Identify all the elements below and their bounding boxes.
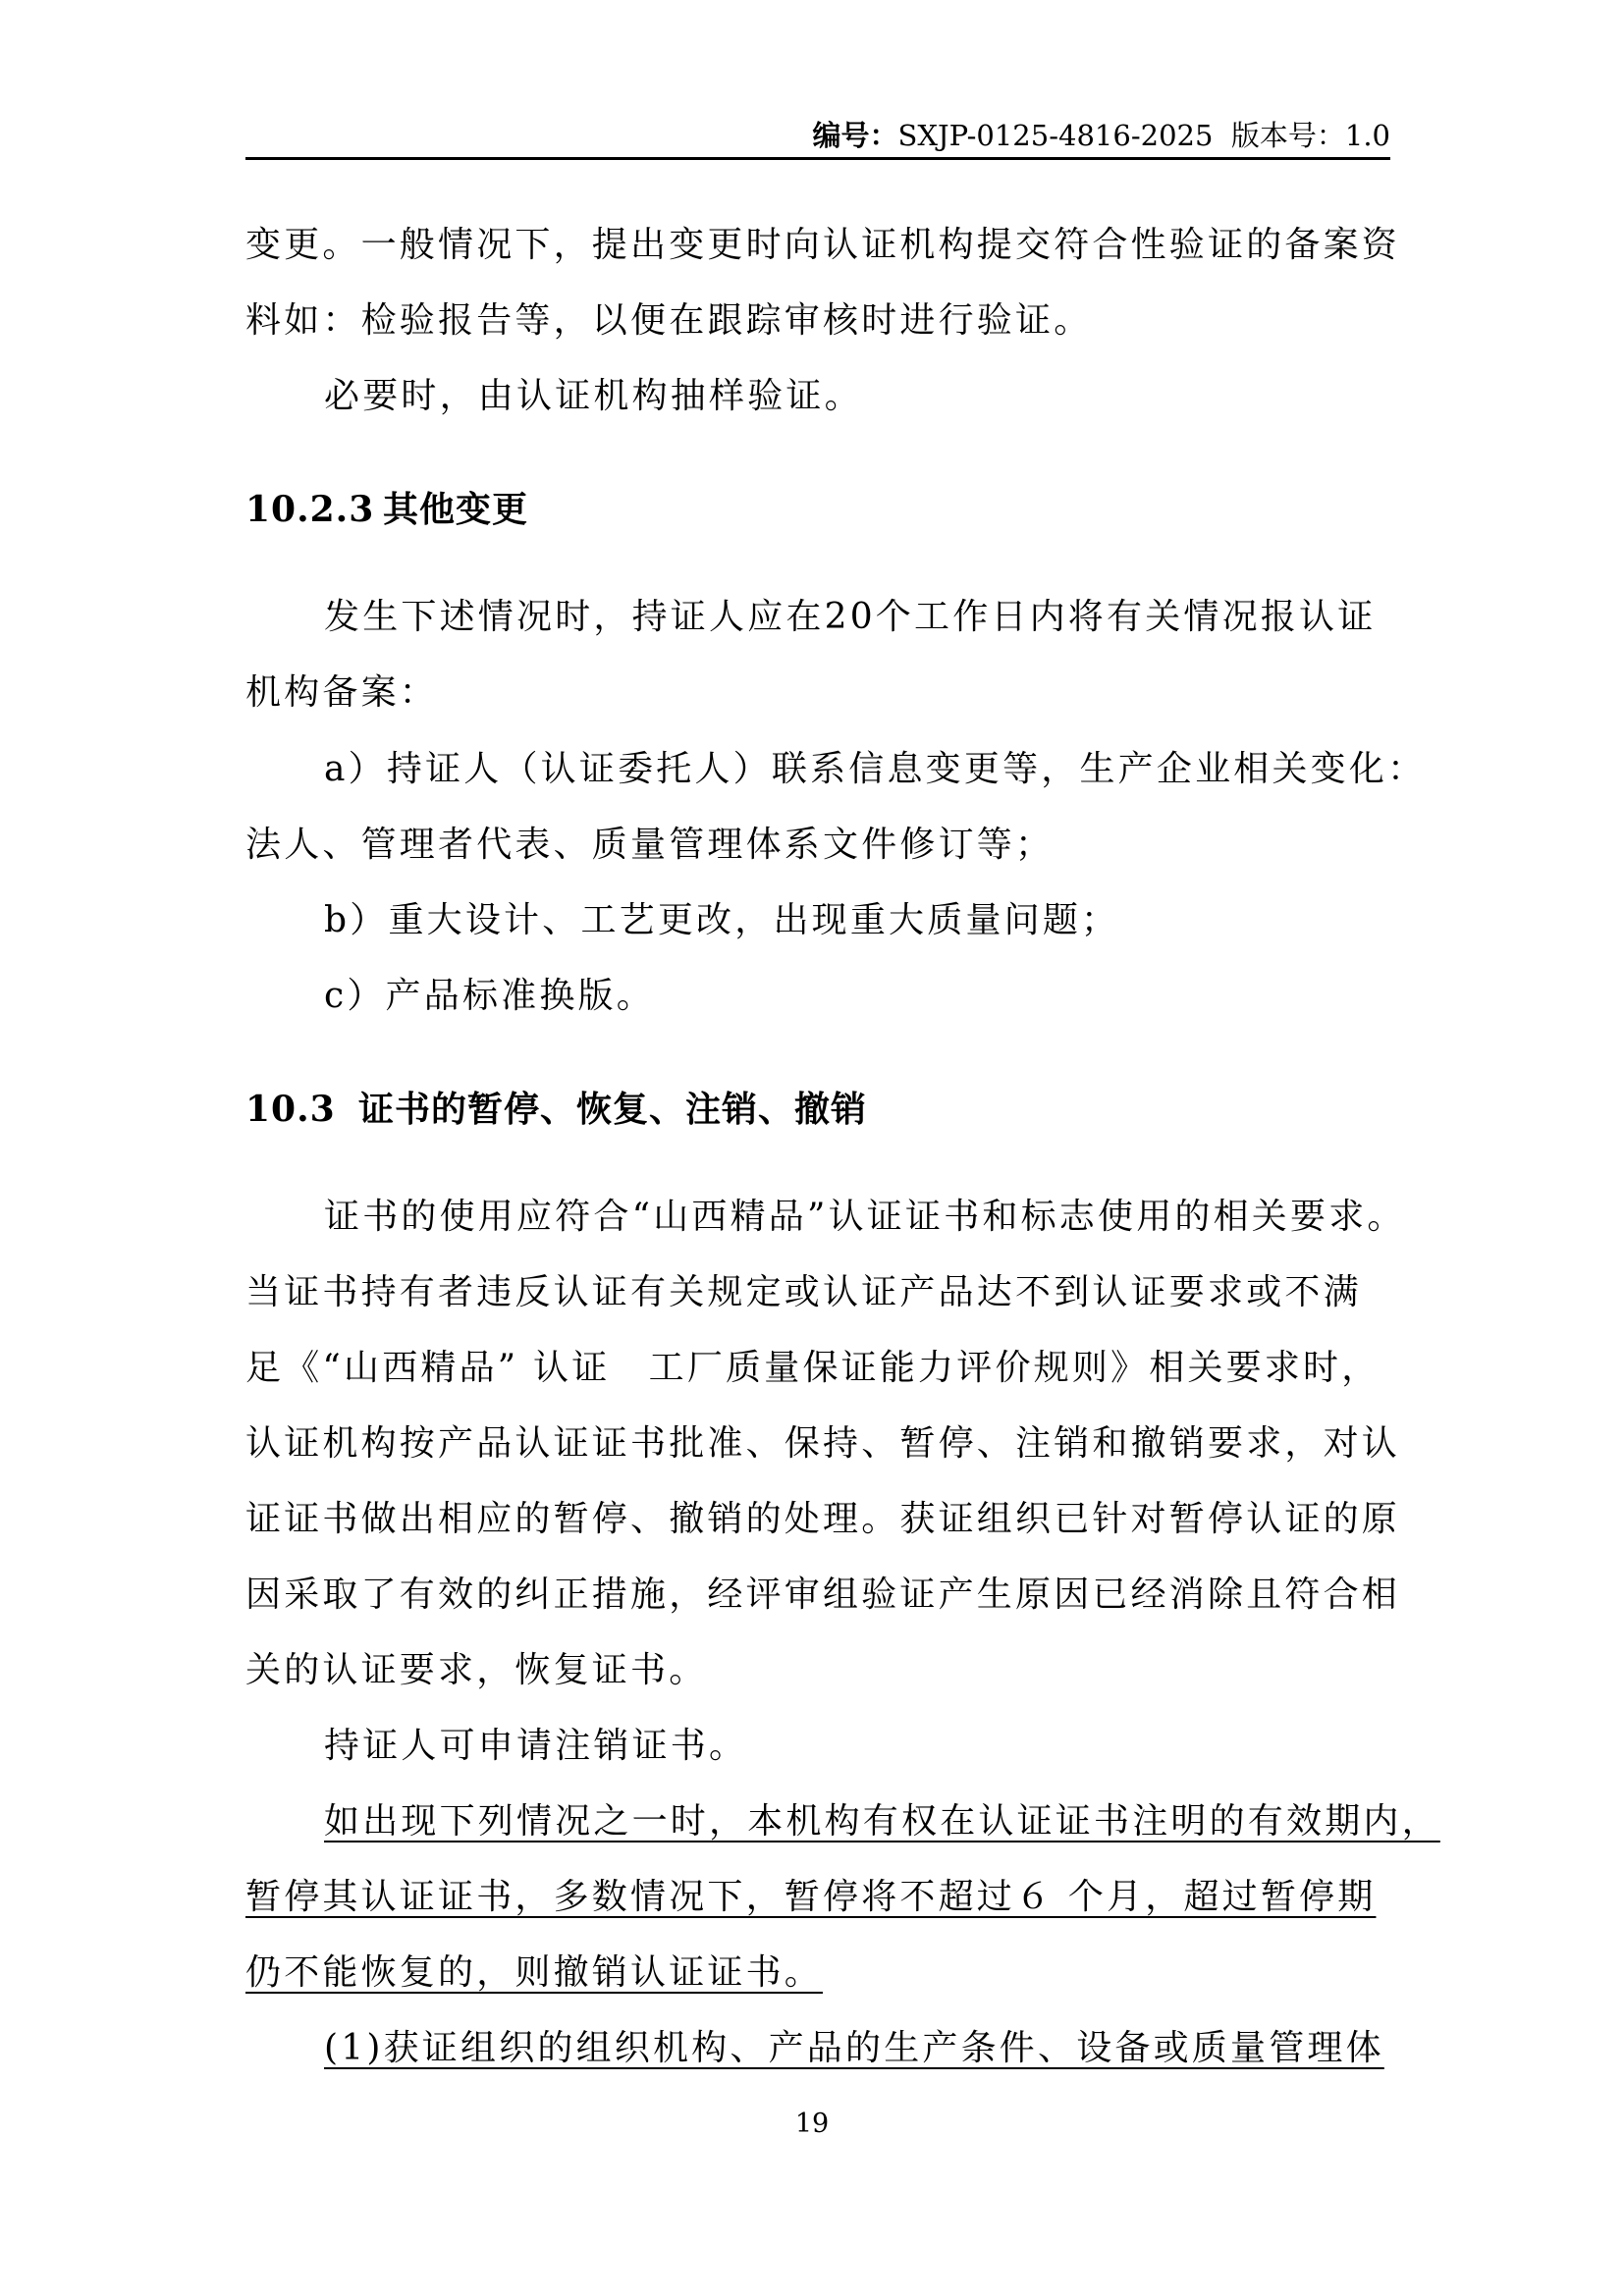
section-heading-10-3: 10.3证书的暂停、恢复、注销、撤销 xyxy=(245,1086,1390,1133)
section-heading-10-2-3: 10.2.3其他变更 xyxy=(245,486,1390,533)
code-label: 编号： xyxy=(813,119,898,152)
underlined-text: 仍不能恢复的，则撤销认证证书。 xyxy=(245,1952,823,1993)
document-header: 编号：SXJP-0125-4816-2025 版本号：1.0 xyxy=(245,116,1390,159)
underlined-text: (1)获证组织的组织机构、产品的生产条件、设备或质量管理体 xyxy=(324,2028,1384,2068)
paragraph-line: 发生下述情况时，持证人应在20个工作日内将有关情况报认证 xyxy=(324,594,1390,641)
list-item-b: b）重大设计、工艺更改，出现重大质量问题； xyxy=(324,897,1390,944)
underlined-paragraph-line: (1)获证组织的组织机构、产品的生产条件、设备或质量管理体 xyxy=(324,2025,1390,2072)
list-item-c: c）产品标准换版。 xyxy=(324,973,1390,1020)
paragraph-line: 当证书持有者违反认证有关规定或认证产品达不到认证要求或不满 xyxy=(245,1269,1390,1316)
paragraph-line: 料如：检验报告等，以便在跟踪审核时进行验证。 xyxy=(245,297,1390,345)
underlined-text: 暂停其认证证书，多数情况下，暂停将不超过６ 个月，超过暂停期 xyxy=(245,1877,1376,1917)
section-title: 证书的暂停、恢复、注销、撤销 xyxy=(358,1089,867,1130)
header-divider xyxy=(245,157,1390,160)
paragraph-line: 足《“山西精品” 认证 工厂质量保证能力评价规则》相关要求时， xyxy=(245,1345,1390,1392)
underlined-paragraph-line: 仍不能恢复的，则撤销认证证书。 xyxy=(245,1949,1390,1997)
underlined-paragraph-line: 如出现下列情况之一时，本机构有权在认证证书注明的有效期内， xyxy=(324,1798,1390,1845)
paragraph-line: 关的认证要求，恢复证书。 xyxy=(245,1647,1390,1694)
paragraph-line: 证书的使用应符合“山西精品”认证证书和标志使用的相关要求。 xyxy=(324,1194,1390,1241)
paragraph-line: 变更。一般情况下，提出变更时向认证机构提交符合性验证的备案资 xyxy=(245,222,1390,269)
paragraph-line: 因采取了有效的纠正措施，经评审组验证产生原因已经消除且符合相 xyxy=(245,1572,1390,1619)
paragraph-line: 证证书做出相应的暂停、撤销的处理。获证组织已针对暂停认证的原 xyxy=(245,1496,1390,1543)
paragraph-line: 必要时，由认证机构抽样验证。 xyxy=(324,373,1390,420)
section-number: 10.2.3 xyxy=(245,486,383,533)
paragraph-line: 认证机构按产品认证证书批准、保持、暂停、注销和撤销要求，对认 xyxy=(245,1420,1390,1468)
version-label: 版本号： xyxy=(1231,119,1345,152)
list-item-a: a）持证人（认证委托人）联系信息变更等，生产企业相关变化： xyxy=(324,746,1390,793)
section-title: 其他变更 xyxy=(383,489,528,530)
underlined-text: 如出现下列情况之一时，本机构有权在认证证书注明的有效期内， xyxy=(324,1801,1440,1842)
page-number: 19 xyxy=(0,2107,1624,2142)
section-number: 10.3 xyxy=(245,1086,358,1133)
paragraph-line: 机构备案： xyxy=(245,669,1390,717)
paragraph-line: 持证人可申请注销证书。 xyxy=(324,1723,1390,1770)
version-number: 1.0 xyxy=(1345,119,1390,152)
underlined-paragraph-line: 暂停其认证证书，多数情况下，暂停将不超过６ 个月，超过暂停期 xyxy=(245,1874,1390,1921)
list-item-a-continued: 法人、管理者代表、质量管理体系文件修订等； xyxy=(245,822,1390,869)
document-code: SXJP-0125-4816-2025 xyxy=(898,119,1214,152)
